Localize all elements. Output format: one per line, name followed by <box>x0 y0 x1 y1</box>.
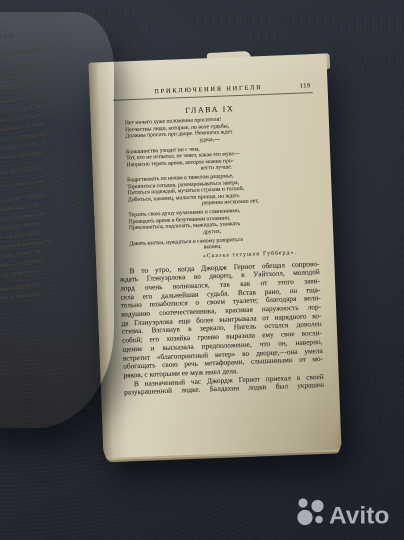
running-header-title: ПРИКЛЮЧЕНИЯ НИГЕЛЯ <box>154 84 262 95</box>
book-right-page: ПРИКЛЮЧЕНИЯ НИГЕЛЯ 119 ГЛАВА IX Нет ниче… <box>88 54 341 459</box>
left-page-fragments: милая Маргарита... Арес,—ответила, красу… <box>0 35 114 304</box>
book-left-page: котт милая Маргарита... Арес,—ответила, … <box>0 12 114 428</box>
epigraph: Нет ничего хуже положения просителя!Несч… <box>114 113 319 254</box>
avito-watermark: Avito <box>288 490 398 530</box>
avito-logo-circles <box>297 498 323 525</box>
page-number: 119 <box>300 82 311 89</box>
right-page-content: ПРИКЛЮЧЕНИЯ НИГЕЛЯ 119 ГЛАВА IX Нет ниче… <box>113 82 325 397</box>
left-page-text: котт милая Маргарита... Арес,—ответила, … <box>0 18 114 304</box>
avito-logo-icon: Avito <box>288 490 398 530</box>
avito-wordmark: Avito <box>329 503 389 530</box>
photo-background: ПРИКЛЮЧЕНИЯ НИГЕЛЯ 119 ГЛАВА IX Нет ниче… <box>0 0 404 540</box>
prose-block: В то утро, когда Джордж Гериот обещал со… <box>119 260 324 398</box>
